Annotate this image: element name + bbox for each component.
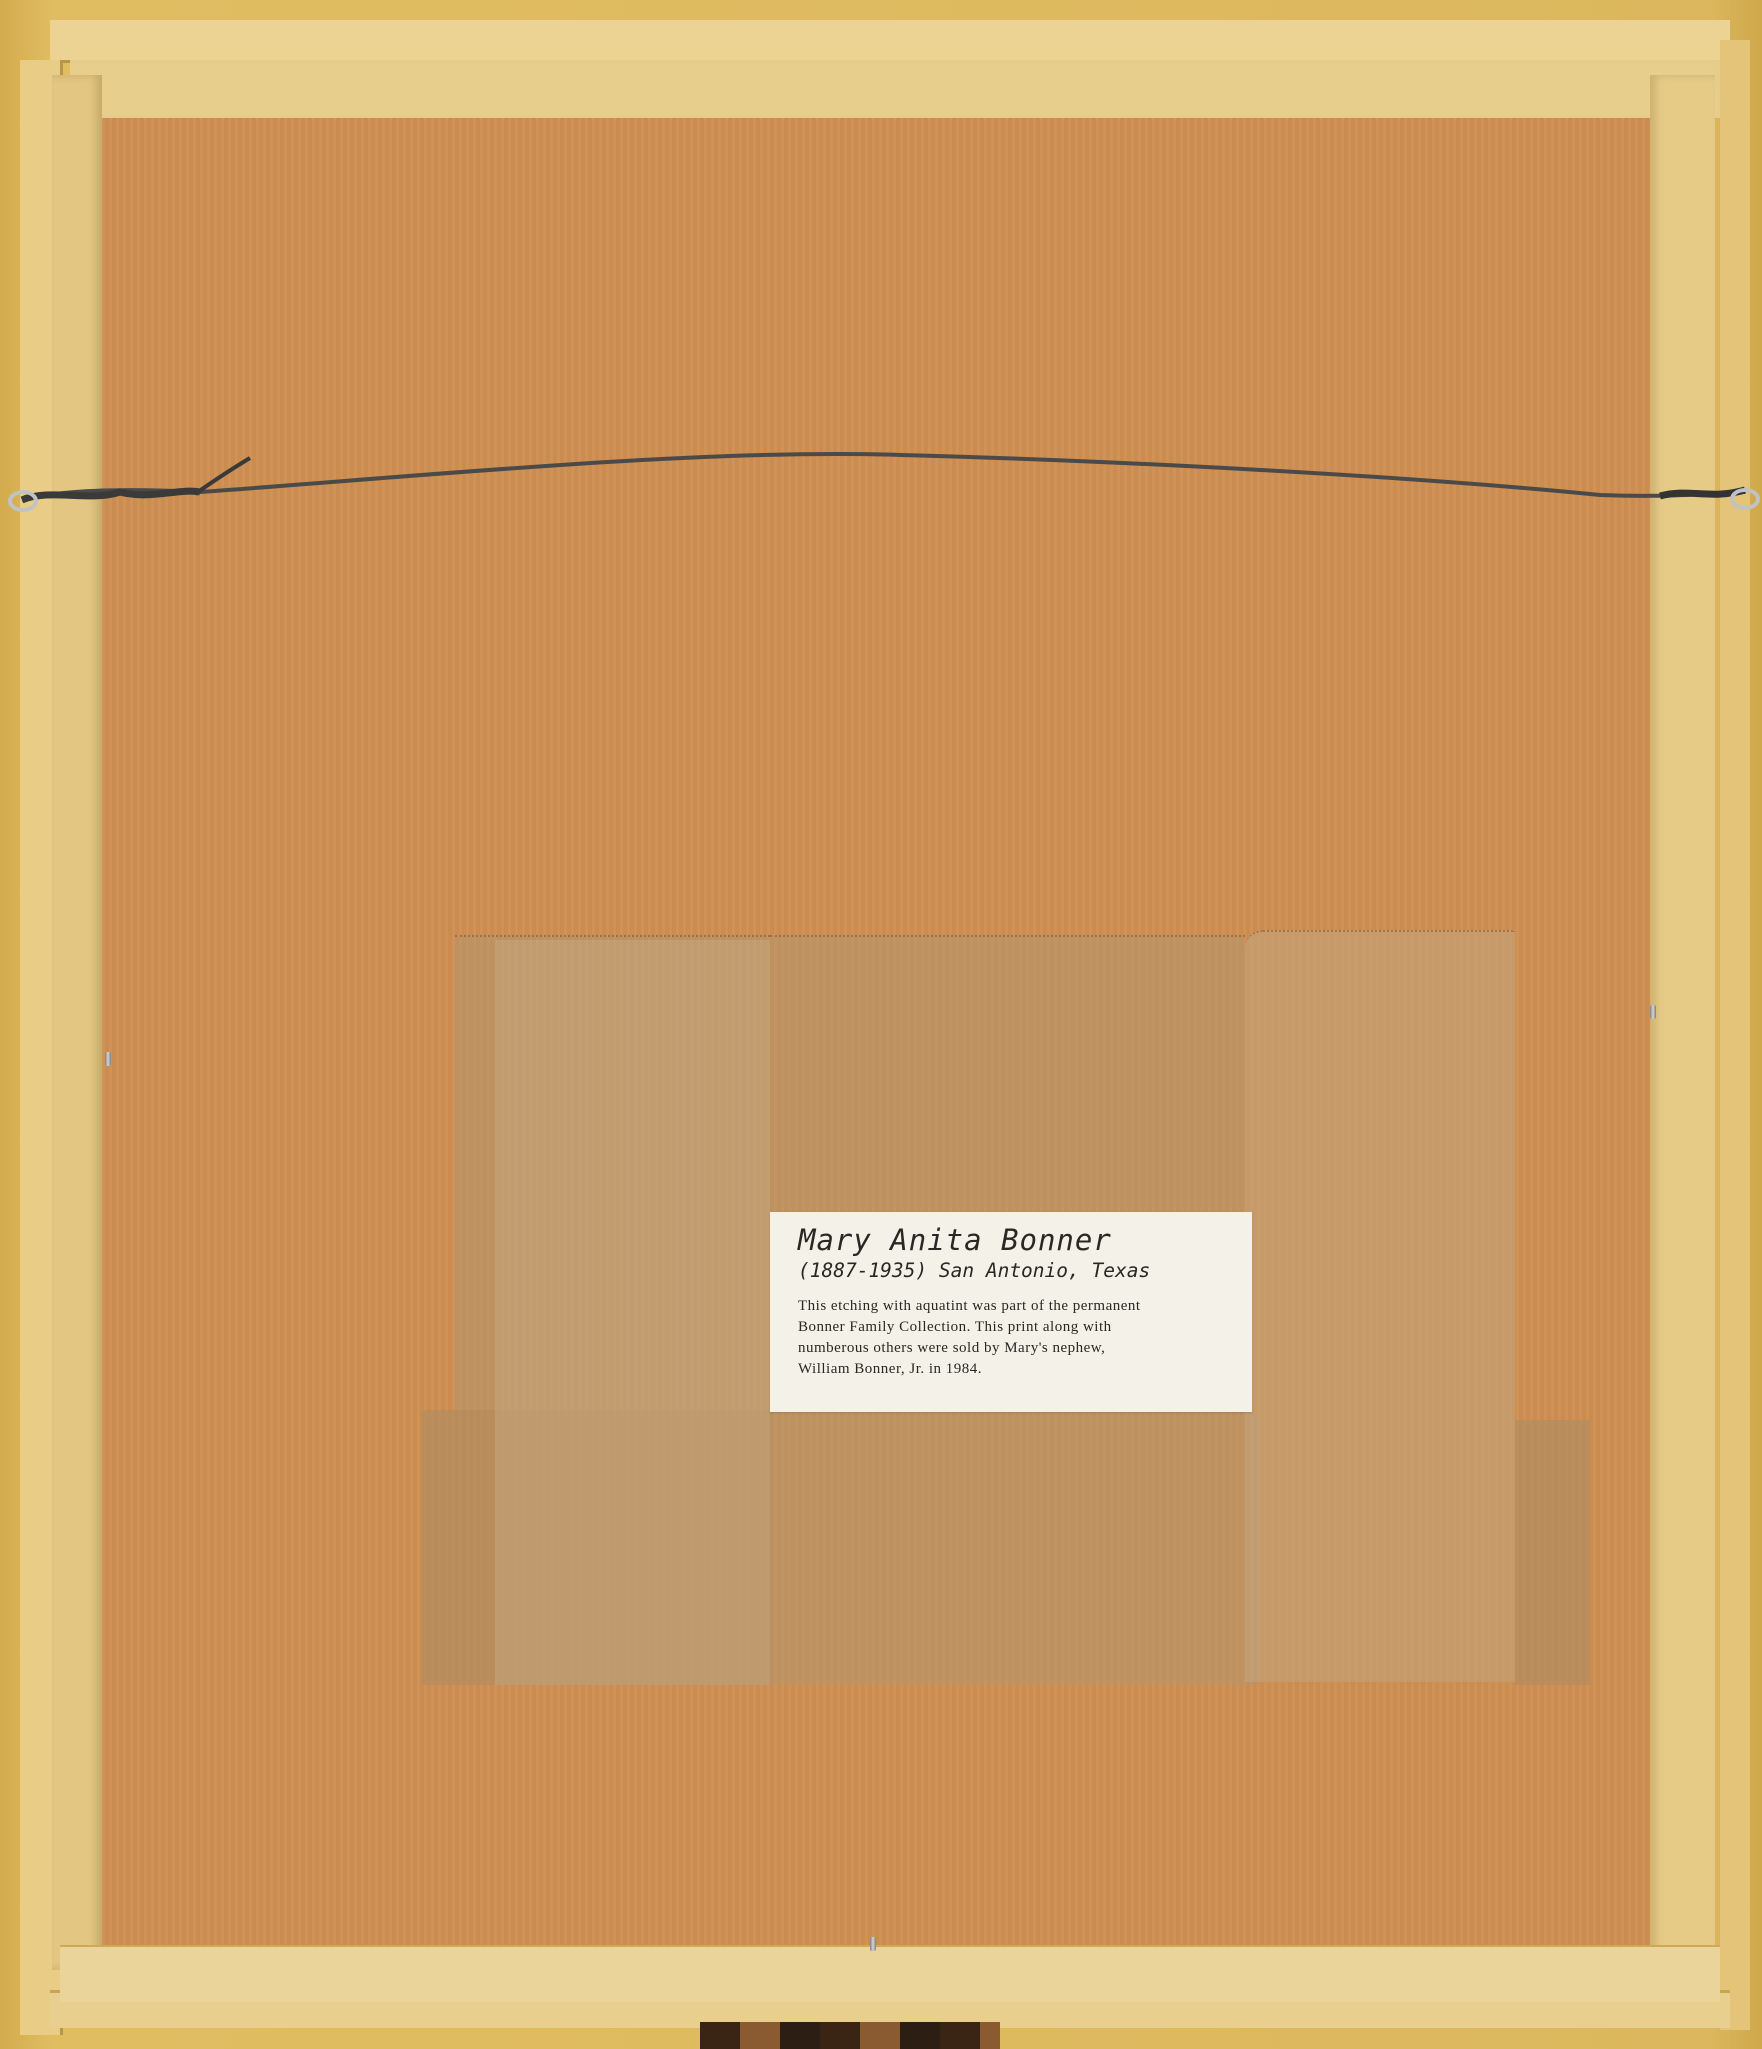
nail-right bbox=[1650, 1005, 1656, 1019]
masking-tape-left bbox=[52, 75, 102, 1970]
artist-label: Mary Anita Bonner (1887-1935) San Antoni… bbox=[770, 1212, 1252, 1412]
description-line: Bonner Family Collection. This print alo… bbox=[798, 1319, 1112, 1335]
nail-left bbox=[105, 1052, 111, 1066]
description-line: William Bonner, Jr. in 1984. bbox=[798, 1361, 982, 1377]
tape-patch-left-strip bbox=[495, 940, 770, 1685]
masking-tape-right bbox=[1650, 75, 1715, 1970]
nail-bottom bbox=[870, 1937, 876, 1951]
description-line: numberous others were sold by Mary's nep… bbox=[798, 1340, 1105, 1356]
frame-right-rail bbox=[1720, 40, 1750, 2030]
eye-screw-left bbox=[8, 490, 38, 512]
masking-tape-top bbox=[70, 60, 1720, 118]
masking-tape-bottom bbox=[60, 1945, 1720, 2002]
tape-patch-right-lower bbox=[1515, 1420, 1590, 1685]
artist-name: Mary Anita Bonner bbox=[798, 1222, 1240, 1258]
artist-dates-location: (1887-1935) San Antonio, Texas bbox=[798, 1258, 1240, 1284]
description-line: This etching with aquatint was part of t… bbox=[798, 1298, 1141, 1314]
tape-patch-right-strip bbox=[1245, 930, 1515, 1682]
tape-patch-center-top bbox=[770, 935, 1245, 1214]
frame-damage bbox=[700, 2022, 1000, 2049]
eye-screw-right bbox=[1730, 488, 1760, 510]
tape-patch-center-bottom bbox=[770, 1412, 1260, 1685]
label-description: This etching with aquatint was part of t… bbox=[798, 1296, 1228, 1380]
frame-top-rail bbox=[50, 20, 1730, 63]
